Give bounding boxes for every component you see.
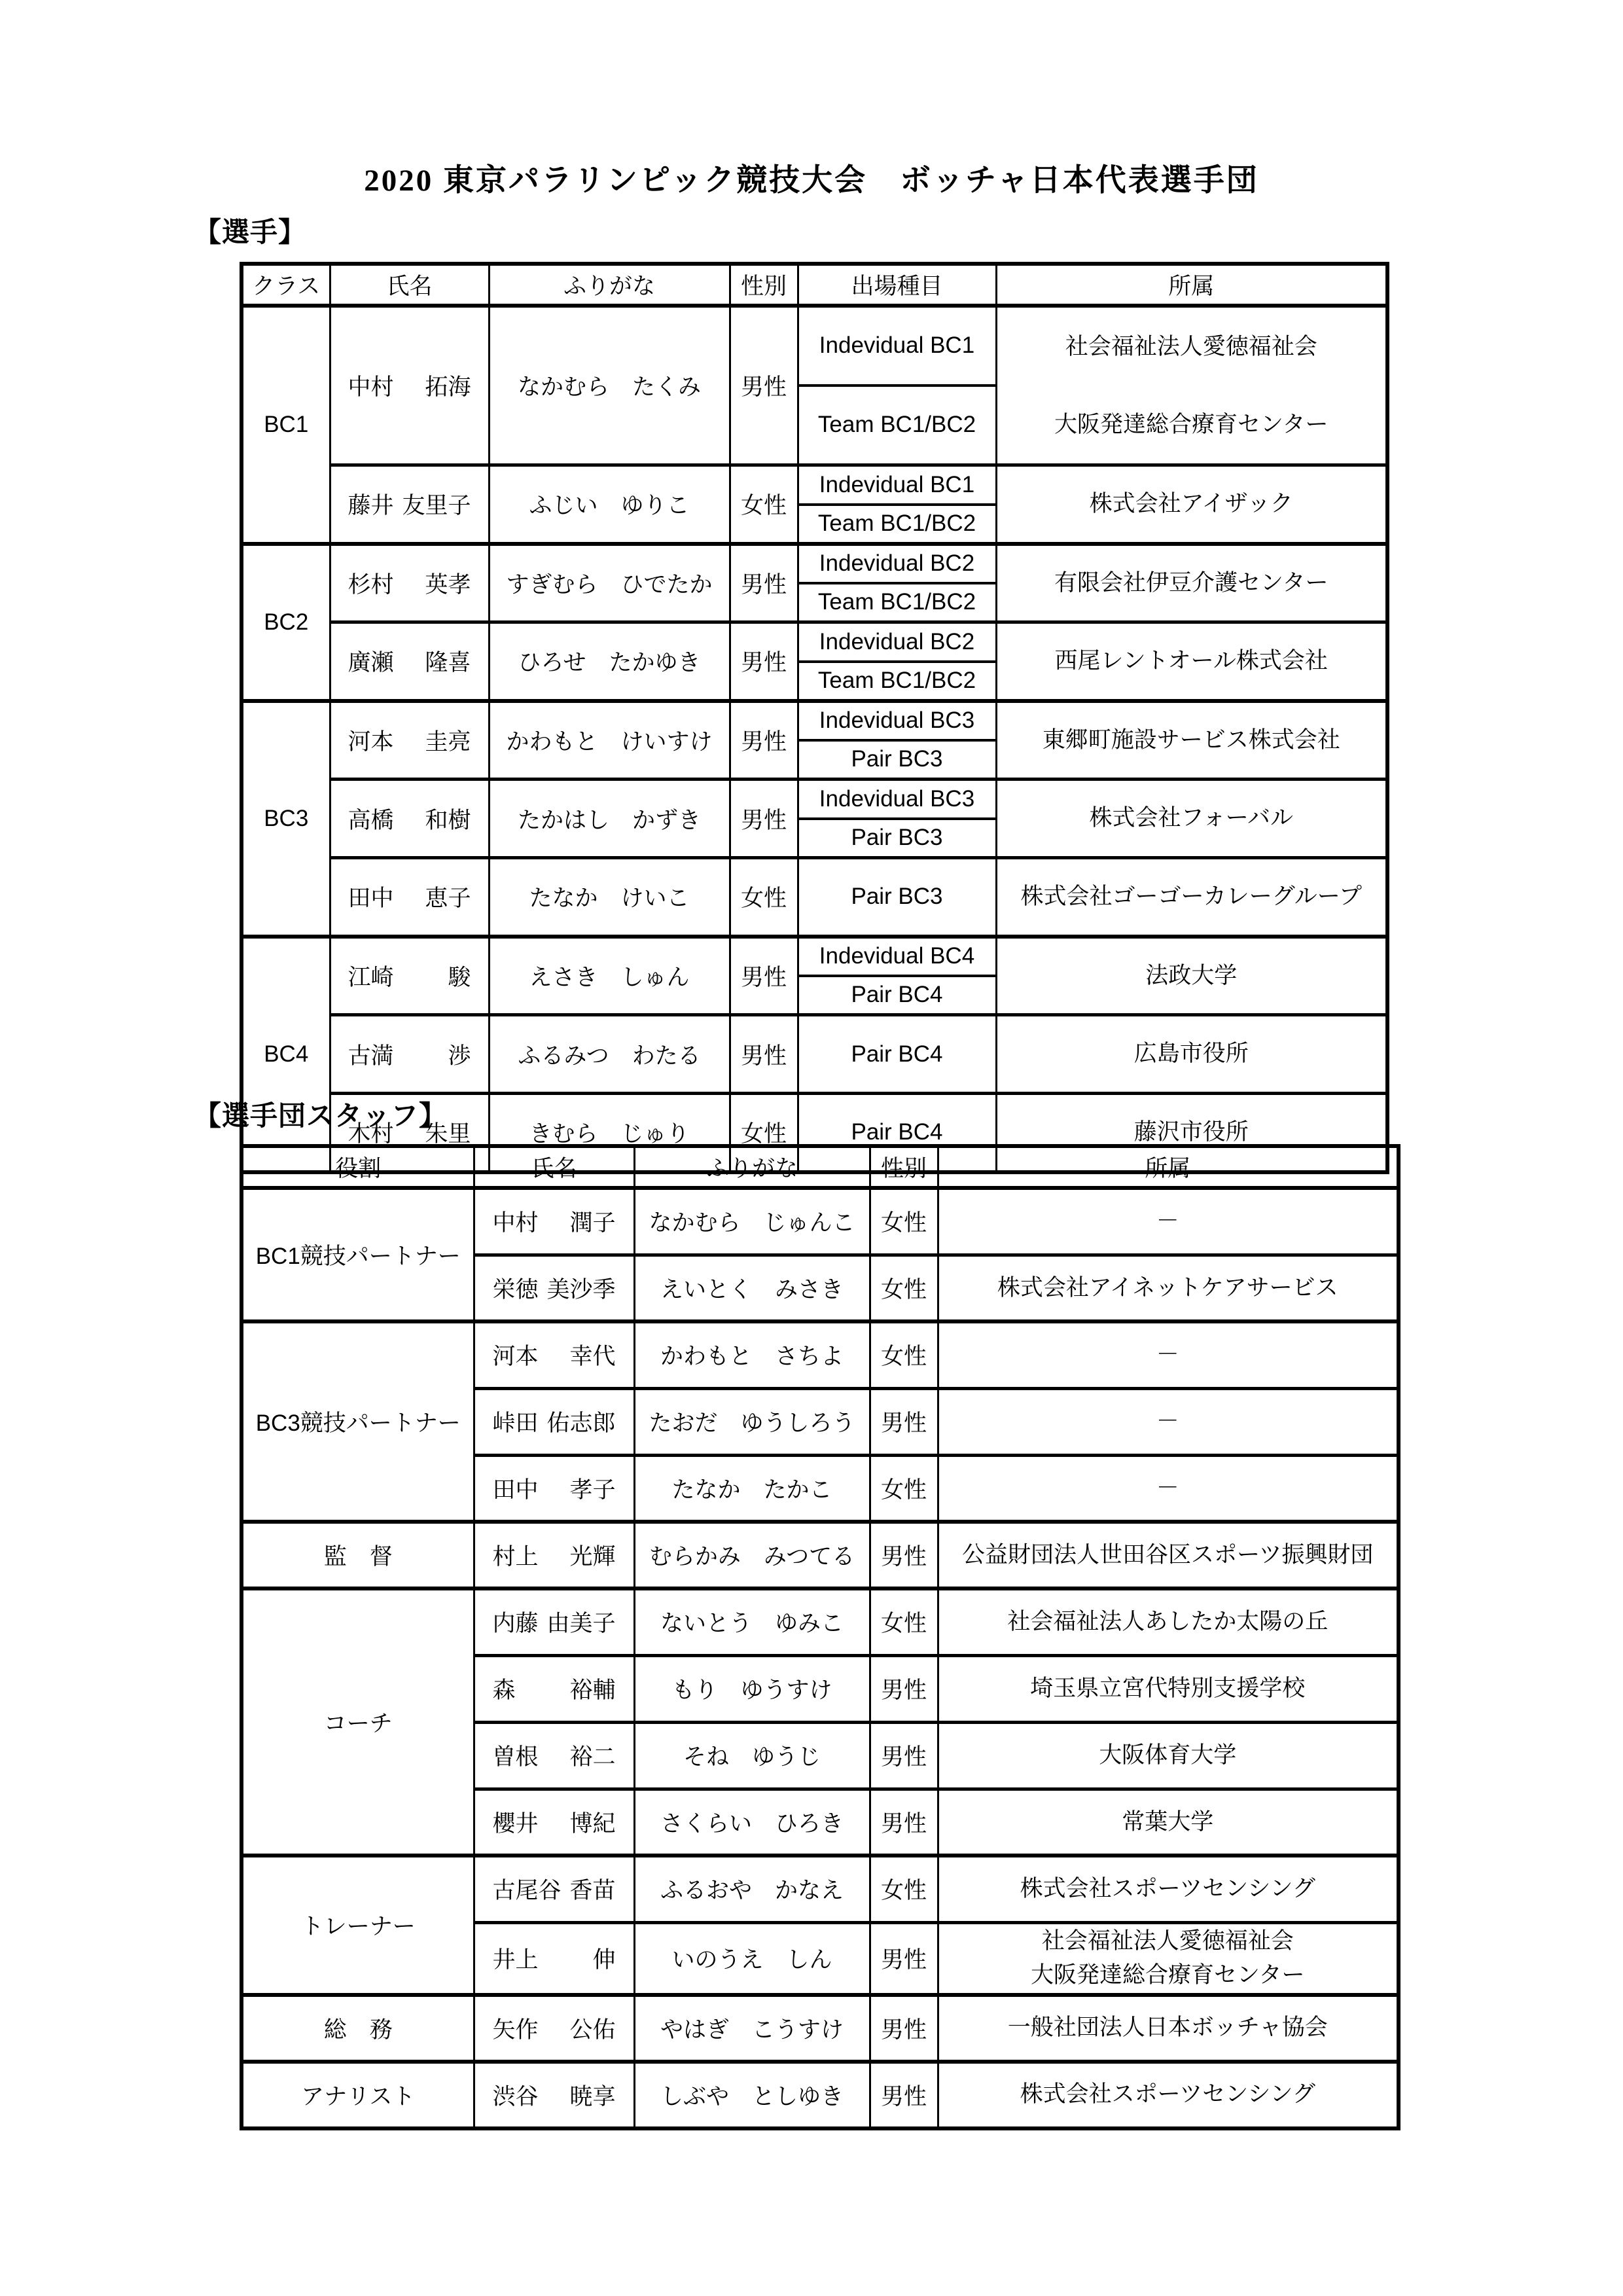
affiliation-cell: 常葉大学 xyxy=(938,1789,1399,1856)
athlete-name: 廣瀬 隆喜 xyxy=(348,645,471,677)
gender-cell: 男性 xyxy=(730,544,798,622)
furigana-cell: たおだ ゆうしろう xyxy=(634,1388,870,1455)
furigana-cell: たなか けいこ xyxy=(489,858,730,937)
family-name: 櫻井 xyxy=(493,1806,539,1839)
staff-name-cell: 井上 伸 xyxy=(474,1922,634,1995)
given-name: 博紀 xyxy=(569,1806,615,1839)
role-cell: トレーナー xyxy=(241,1856,474,1995)
athlete-name: 田中 恵子 xyxy=(348,880,471,913)
given-name: 美沙季 xyxy=(546,1272,615,1304)
furigana-cell: かわもと けいすけ xyxy=(489,701,730,780)
role-cell: 監 督 xyxy=(241,1522,474,1588)
athlete-name-cell: 廣瀬 隆喜 xyxy=(330,622,489,701)
furigana-cell: ふじい ゆりこ xyxy=(489,465,730,544)
furigana-cell: ないとう ゆみこ xyxy=(634,1588,870,1655)
gender-cell: 女性 xyxy=(730,858,798,937)
furigana-cell: ふるおや かなえ xyxy=(634,1856,870,1922)
role-cell: BC1競技パートナー xyxy=(241,1188,474,1321)
gender-cell: 女性 xyxy=(870,1588,938,1655)
family-name: 栄徳 xyxy=(493,1272,539,1304)
event-cell: Pair BC3 xyxy=(798,858,996,937)
athlete-name-cell: 古満 渉 xyxy=(330,1015,489,1094)
affiliation-cell: 東郷町施設サービス株式会社 xyxy=(996,701,1387,780)
event-cell: Team BC1/BC2 xyxy=(798,386,996,465)
staff-name-cell: 河本 幸代 xyxy=(474,1321,634,1388)
table-row: BC3競技パートナー 河本 幸代 かわもと さちよ 女性 － xyxy=(241,1321,1399,1388)
family-name: 矢作 xyxy=(493,2012,539,2045)
athlete-name-cell: 高橋 和樹 xyxy=(330,780,489,858)
athlete-name: 藤井 友里子 xyxy=(348,488,471,520)
furigana-cell: なかむら たくみ xyxy=(489,306,730,465)
staff-name-cell: 栄徳 美沙季 xyxy=(474,1255,634,1321)
table-row: BC1 中村 拓海 なかむら たくみ 男性 Indevidual BC1 社会福… xyxy=(241,306,1387,386)
staff-name-cell: 峠田 佑志郎 xyxy=(474,1388,634,1455)
col-header-events: 出場種目 xyxy=(798,264,996,306)
affiliation-cell: － xyxy=(938,1388,1399,1455)
athlete-name: 中村 拓海 xyxy=(348,369,471,402)
class-cell: BC4 xyxy=(241,937,330,1172)
given-name: 圭亮 xyxy=(425,724,471,757)
table-row: 総 務 矢作 公佑 やはぎ こうすけ 男性 一般社団法人日本ボッチャ協会 xyxy=(241,1995,1399,2062)
event-cell: Indevidual BC1 xyxy=(798,465,996,505)
gender-cell: 女性 xyxy=(870,1856,938,1922)
given-name: 拓海 xyxy=(425,369,471,402)
staff-name: 古尾谷 香苗 xyxy=(493,1873,616,1905)
affiliation-cell: 埼玉県立宮代特別支援学校 xyxy=(938,1655,1399,1722)
family-name: 古尾谷 xyxy=(493,1873,562,1905)
gender-cell: 男性 xyxy=(870,1388,938,1455)
affiliation-cell: － xyxy=(938,1321,1399,1388)
family-name: 廣瀬 xyxy=(348,645,394,677)
role-cell: 総 務 xyxy=(241,1995,474,2062)
gender-cell: 男性 xyxy=(730,937,798,1015)
furigana-cell: えいとく みさき xyxy=(634,1255,870,1321)
family-name: 杉村 xyxy=(348,567,394,600)
staff-name: 森 裕輔 xyxy=(493,1672,616,1705)
event-cell: Pair BC3 xyxy=(798,740,996,780)
page-title: 2020 東京パラリンピック競技大会 ボッチャ日本代表選手団 xyxy=(0,156,1623,200)
given-name: 幸代 xyxy=(569,1338,615,1371)
staff-name-cell: 曽根 裕二 xyxy=(474,1722,634,1789)
col-header-furigana: ふりがな xyxy=(634,1146,870,1188)
role-cell: アナリスト xyxy=(241,2062,474,2128)
staff-name-cell: 森 裕輔 xyxy=(474,1655,634,1722)
athlete-name-cell: 河本 圭亮 xyxy=(330,701,489,780)
athletes-header-row: クラス 氏名 ふりがな 性別 出場種目 所属 xyxy=(241,264,1387,306)
staff-name-cell: 古尾谷 香苗 xyxy=(474,1856,634,1922)
athlete-name-cell: 杉村 英孝 xyxy=(330,544,489,622)
gender-cell: 男性 xyxy=(870,1522,938,1588)
table-row: 古満 渉 ふるみつ わたる 男性 Pair BC4 広島市役所 xyxy=(241,1015,1387,1094)
col-header-affiliation: 所属 xyxy=(938,1146,1399,1188)
furigana-cell: さくらい ひろき xyxy=(634,1789,870,1856)
staff-name-cell: 矢作 公佑 xyxy=(474,1995,634,2062)
given-name: 光輝 xyxy=(569,1539,615,1571)
staff-name-cell: 渋谷 暁享 xyxy=(474,2062,634,2128)
family-name: 森 xyxy=(493,1672,516,1705)
staff-name: 曽根 裕二 xyxy=(493,1739,616,1772)
given-name: 暁享 xyxy=(569,2079,615,2111)
gender-cell: 女性 xyxy=(870,1188,938,1255)
gender-cell: 男性 xyxy=(870,2062,938,2128)
given-name: 香苗 xyxy=(569,1873,615,1905)
gender-cell: 男性 xyxy=(730,306,798,465)
family-name: 江崎 xyxy=(348,960,394,992)
furigana-cell: やはぎ こうすけ xyxy=(634,1995,870,2062)
given-name: 孝子 xyxy=(569,1472,615,1505)
col-header-name: 氏名 xyxy=(330,264,489,306)
table-row: BC1競技パートナー 中村 潤子 なかむら じゅんこ 女性 － xyxy=(241,1188,1399,1255)
family-name: 井上 xyxy=(493,1942,539,1975)
gender-cell: 女性 xyxy=(870,1321,938,1388)
gender-cell: 女性 xyxy=(870,1255,938,1321)
family-name: 田中 xyxy=(493,1472,539,1505)
given-name: 駿 xyxy=(448,960,471,992)
family-name: 河本 xyxy=(493,1338,539,1371)
affiliation-cell: 株式会社アイネットケアサービス xyxy=(938,1255,1399,1321)
affiliation-cell: 社会福祉法人愛徳福祉会 大阪発達総合療育センター xyxy=(938,1922,1399,1995)
table-row: コーチ 内藤 由美子 ないとう ゆみこ 女性 社会福祉法人あしたか太陽の丘 xyxy=(241,1588,1399,1655)
affiliation-cell: 社会福祉法人あしたか太陽の丘 xyxy=(938,1588,1399,1655)
gender-cell: 男性 xyxy=(870,1655,938,1722)
table-row: BC3 河本 圭亮 かわもと けいすけ 男性 Indevidual BC3 東郷… xyxy=(241,701,1387,740)
given-name: 恵子 xyxy=(425,880,471,913)
event-cell: Pair BC4 xyxy=(798,1015,996,1094)
furigana-cell: なかむら じゅんこ xyxy=(634,1188,870,1255)
given-name: 裕二 xyxy=(569,1739,615,1772)
athlete-name-cell: 中村 拓海 xyxy=(330,306,489,465)
staff-name-cell: 中村 潤子 xyxy=(474,1188,634,1255)
event-cell: Team BC1/BC2 xyxy=(798,505,996,544)
family-name: 村上 xyxy=(493,1539,539,1571)
col-header-gender: 性別 xyxy=(870,1146,938,1188)
affiliation-cell: 株式会社スポーツセンシング xyxy=(938,2062,1399,2128)
col-header-furigana: ふりがな xyxy=(489,264,730,306)
class-cell: BC3 xyxy=(241,701,330,937)
family-name: 中村 xyxy=(493,1205,539,1238)
gender-cell: 男性 xyxy=(730,780,798,858)
furigana-cell: そね ゆうじ xyxy=(634,1722,870,1789)
gender-cell: 男性 xyxy=(730,701,798,780)
staff-name: 井上 伸 xyxy=(493,1942,616,1975)
staff-name: 渋谷 暁享 xyxy=(493,2079,616,2111)
table-row: アナリスト 渋谷 暁享 しぶや としゆき 男性 株式会社スポーツセンシング xyxy=(241,2062,1399,2128)
table-row: 田中 恵子 たなか けいこ 女性 Pair BC3 株式会社ゴーゴーカレーグルー… xyxy=(241,858,1387,937)
staff-header-row: 役割 氏名 ふりがな 性別 所属 xyxy=(241,1146,1399,1188)
family-name: 渋谷 xyxy=(493,2079,539,2111)
family-name: 峠田 xyxy=(493,1405,539,1438)
affiliation-cell: 公益財団法人世田谷区スポーツ振興財団 xyxy=(938,1522,1399,1588)
affiliation-cell: 社会福祉法人愛徳福祉会 大阪発達総合療育センター xyxy=(996,306,1387,465)
staff-section-heading: 【選手団スタッフ】 xyxy=(194,1094,447,1134)
staff-table: 役割 氏名 ふりがな 性別 所属 BC1競技パートナー 中村 潤子 なかむら じ… xyxy=(240,1144,1400,2130)
staff-name: 内藤 由美子 xyxy=(493,1605,616,1638)
family-name: 高橋 xyxy=(348,802,394,835)
gender-cell: 女性 xyxy=(870,1455,938,1522)
staff-name: 櫻井 博紀 xyxy=(493,1806,616,1839)
table-row: 監 督 村上 光輝 むらかみ みつてる 男性 公益財団法人世田谷区スポーツ振興財… xyxy=(241,1522,1399,1588)
gender-cell: 男性 xyxy=(870,1922,938,1995)
gender-cell: 男性 xyxy=(730,622,798,701)
role-cell: BC3競技パートナー xyxy=(241,1321,474,1522)
affiliation-cell: 有限会社伊豆介護センター xyxy=(996,544,1387,622)
family-name: 内藤 xyxy=(493,1605,539,1638)
given-name: 渉 xyxy=(448,1038,471,1071)
table-row: BC4 江崎 駿 えさき しゅん 男性 Indevidual BC4 法政大学 xyxy=(241,937,1387,976)
event-cell: Pair BC3 xyxy=(798,819,996,858)
athlete-name: 江崎 駿 xyxy=(348,960,471,992)
gender-cell: 男性 xyxy=(870,1722,938,1789)
staff-name-cell: 櫻井 博紀 xyxy=(474,1789,634,1856)
affiliation-cell: 一般社団法人日本ボッチャ協会 xyxy=(938,1995,1399,2062)
given-name: 公佑 xyxy=(569,2012,615,2045)
furigana-cell: いのうえ しん xyxy=(634,1922,870,1995)
staff-name-cell: 村上 光輝 xyxy=(474,1522,634,1588)
table-row: 廣瀬 隆喜 ひろせ たかゆき 男性 Indevidual BC2 西尾レントオー… xyxy=(241,622,1387,662)
event-cell: Indevidual BC4 xyxy=(798,937,996,976)
staff-name-cell: 内藤 由美子 xyxy=(474,1588,634,1655)
affiliation-cell: 株式会社フォーバル xyxy=(996,780,1387,858)
col-header-role: 役割 xyxy=(241,1146,474,1188)
given-name: 英孝 xyxy=(425,567,471,600)
furigana-cell: ふるみつ わたる xyxy=(489,1015,730,1094)
staff-name: 田中 孝子 xyxy=(493,1472,616,1505)
col-header-name: 氏名 xyxy=(474,1146,634,1188)
class-cell: BC1 xyxy=(241,306,330,544)
given-name: 潤子 xyxy=(569,1205,615,1238)
family-name: 中村 xyxy=(348,369,394,402)
given-name: 佑志郎 xyxy=(546,1405,615,1438)
affiliation-cell: 株式会社スポーツセンシング xyxy=(938,1856,1399,1922)
event-cell: Indevidual BC3 xyxy=(798,780,996,819)
table-row: 高橋 和樹 たかはし かずき 男性 Indevidual BC3 株式会社フォー… xyxy=(241,780,1387,819)
table-row: トレーナー 古尾谷 香苗 ふるおや かなえ 女性 株式会社スポーツセンシング xyxy=(241,1856,1399,1922)
event-cell: Indevidual BC3 xyxy=(798,701,996,740)
family-name: 曽根 xyxy=(493,1739,539,1772)
furigana-cell: すぎむら ひでたか xyxy=(489,544,730,622)
role-cell: コーチ xyxy=(241,1588,474,1856)
furigana-cell: もり ゆうすけ xyxy=(634,1655,870,1722)
family-name: 古満 xyxy=(348,1038,394,1071)
affiliation-cell: 法政大学 xyxy=(996,937,1387,1015)
affiliation-cell: 大阪体育大学 xyxy=(938,1722,1399,1789)
affiliation-cell: － xyxy=(938,1188,1399,1255)
given-name: 裕輔 xyxy=(569,1672,615,1705)
furigana-cell: むらかみ みつてる xyxy=(634,1522,870,1588)
gender-cell: 男性 xyxy=(870,1789,938,1856)
col-header-affiliation: 所属 xyxy=(996,264,1387,306)
given-name: 伸 xyxy=(592,1942,615,1975)
athletes-section-heading: 【選手】 xyxy=(194,211,306,250)
athletes-table: クラス 氏名 ふりがな 性別 出場種目 所属 BC1 中村 拓海 なかむら たく… xyxy=(240,262,1389,1174)
document-page: 2020 東京パラリンピック競技大会 ボッチャ日本代表選手団 【選手】 クラス … xyxy=(0,0,1623,2296)
affiliation-cell: 株式会社アイザック xyxy=(996,465,1387,544)
affiliation-cell: 株式会社ゴーゴーカレーグループ xyxy=(996,858,1387,937)
furigana-cell: たかはし かずき xyxy=(489,780,730,858)
given-name: 友里子 xyxy=(402,488,471,520)
furigana-cell: しぶや としゆき xyxy=(634,2062,870,2128)
event-cell: Team BC1/BC2 xyxy=(798,583,996,622)
event-cell: Indevidual BC2 xyxy=(798,622,996,662)
affiliation-cell: 広島市役所 xyxy=(996,1015,1387,1094)
affiliation-cell: 西尾レントオール株式会社 xyxy=(996,622,1387,701)
event-cell: Indevidual BC1 xyxy=(798,306,996,386)
table-row: BC2 杉村 英孝 すぎむら ひでたか 男性 Indevidual BC2 有限… xyxy=(241,544,1387,583)
staff-name-cell: 田中 孝子 xyxy=(474,1455,634,1522)
athlete-name: 河本 圭亮 xyxy=(348,724,471,757)
class-cell: BC2 xyxy=(241,544,330,701)
furigana-cell: たなか たかこ xyxy=(634,1455,870,1522)
given-name: 隆喜 xyxy=(425,645,471,677)
staff-name: 栄徳 美沙季 xyxy=(493,1272,616,1304)
staff-name: 中村 潤子 xyxy=(493,1205,616,1238)
event-cell: Indevidual BC2 xyxy=(798,544,996,583)
table-row: 藤井 友里子 ふじい ゆりこ 女性 Indevidual BC1 株式会社アイザ… xyxy=(241,465,1387,505)
furigana-cell: ひろせ たかゆき xyxy=(489,622,730,701)
affiliation-cell: － xyxy=(938,1455,1399,1522)
athlete-name: 高橋 和樹 xyxy=(348,802,471,835)
col-header-gender: 性別 xyxy=(730,264,798,306)
event-cell: Pair BC4 xyxy=(798,976,996,1015)
family-name: 河本 xyxy=(348,724,394,757)
athlete-name: 杉村 英孝 xyxy=(348,567,471,600)
staff-name: 河本 幸代 xyxy=(493,1338,616,1371)
furigana-cell: かわもと さちよ xyxy=(634,1321,870,1388)
athlete-name: 古満 渉 xyxy=(348,1038,471,1071)
staff-name: 矢作 公佑 xyxy=(493,2012,616,2045)
gender-cell: 男性 xyxy=(730,1015,798,1094)
gender-cell: 女性 xyxy=(730,465,798,544)
given-name: 和樹 xyxy=(425,802,471,835)
staff-name: 村上 光輝 xyxy=(493,1539,616,1571)
gender-cell: 男性 xyxy=(870,1995,938,2062)
family-name: 田中 xyxy=(348,880,394,913)
col-header-class: クラス xyxy=(241,264,330,306)
athlete-name-cell: 江崎 駿 xyxy=(330,937,489,1015)
given-name: 由美子 xyxy=(546,1605,615,1638)
athlete-name-cell: 田中 恵子 xyxy=(330,858,489,937)
family-name: 藤井 xyxy=(348,488,394,520)
furigana-cell: えさき しゅん xyxy=(489,937,730,1015)
staff-name: 峠田 佑志郎 xyxy=(493,1405,616,1438)
event-cell: Team BC1/BC2 xyxy=(798,662,996,701)
athlete-name-cell: 藤井 友里子 xyxy=(330,465,489,544)
